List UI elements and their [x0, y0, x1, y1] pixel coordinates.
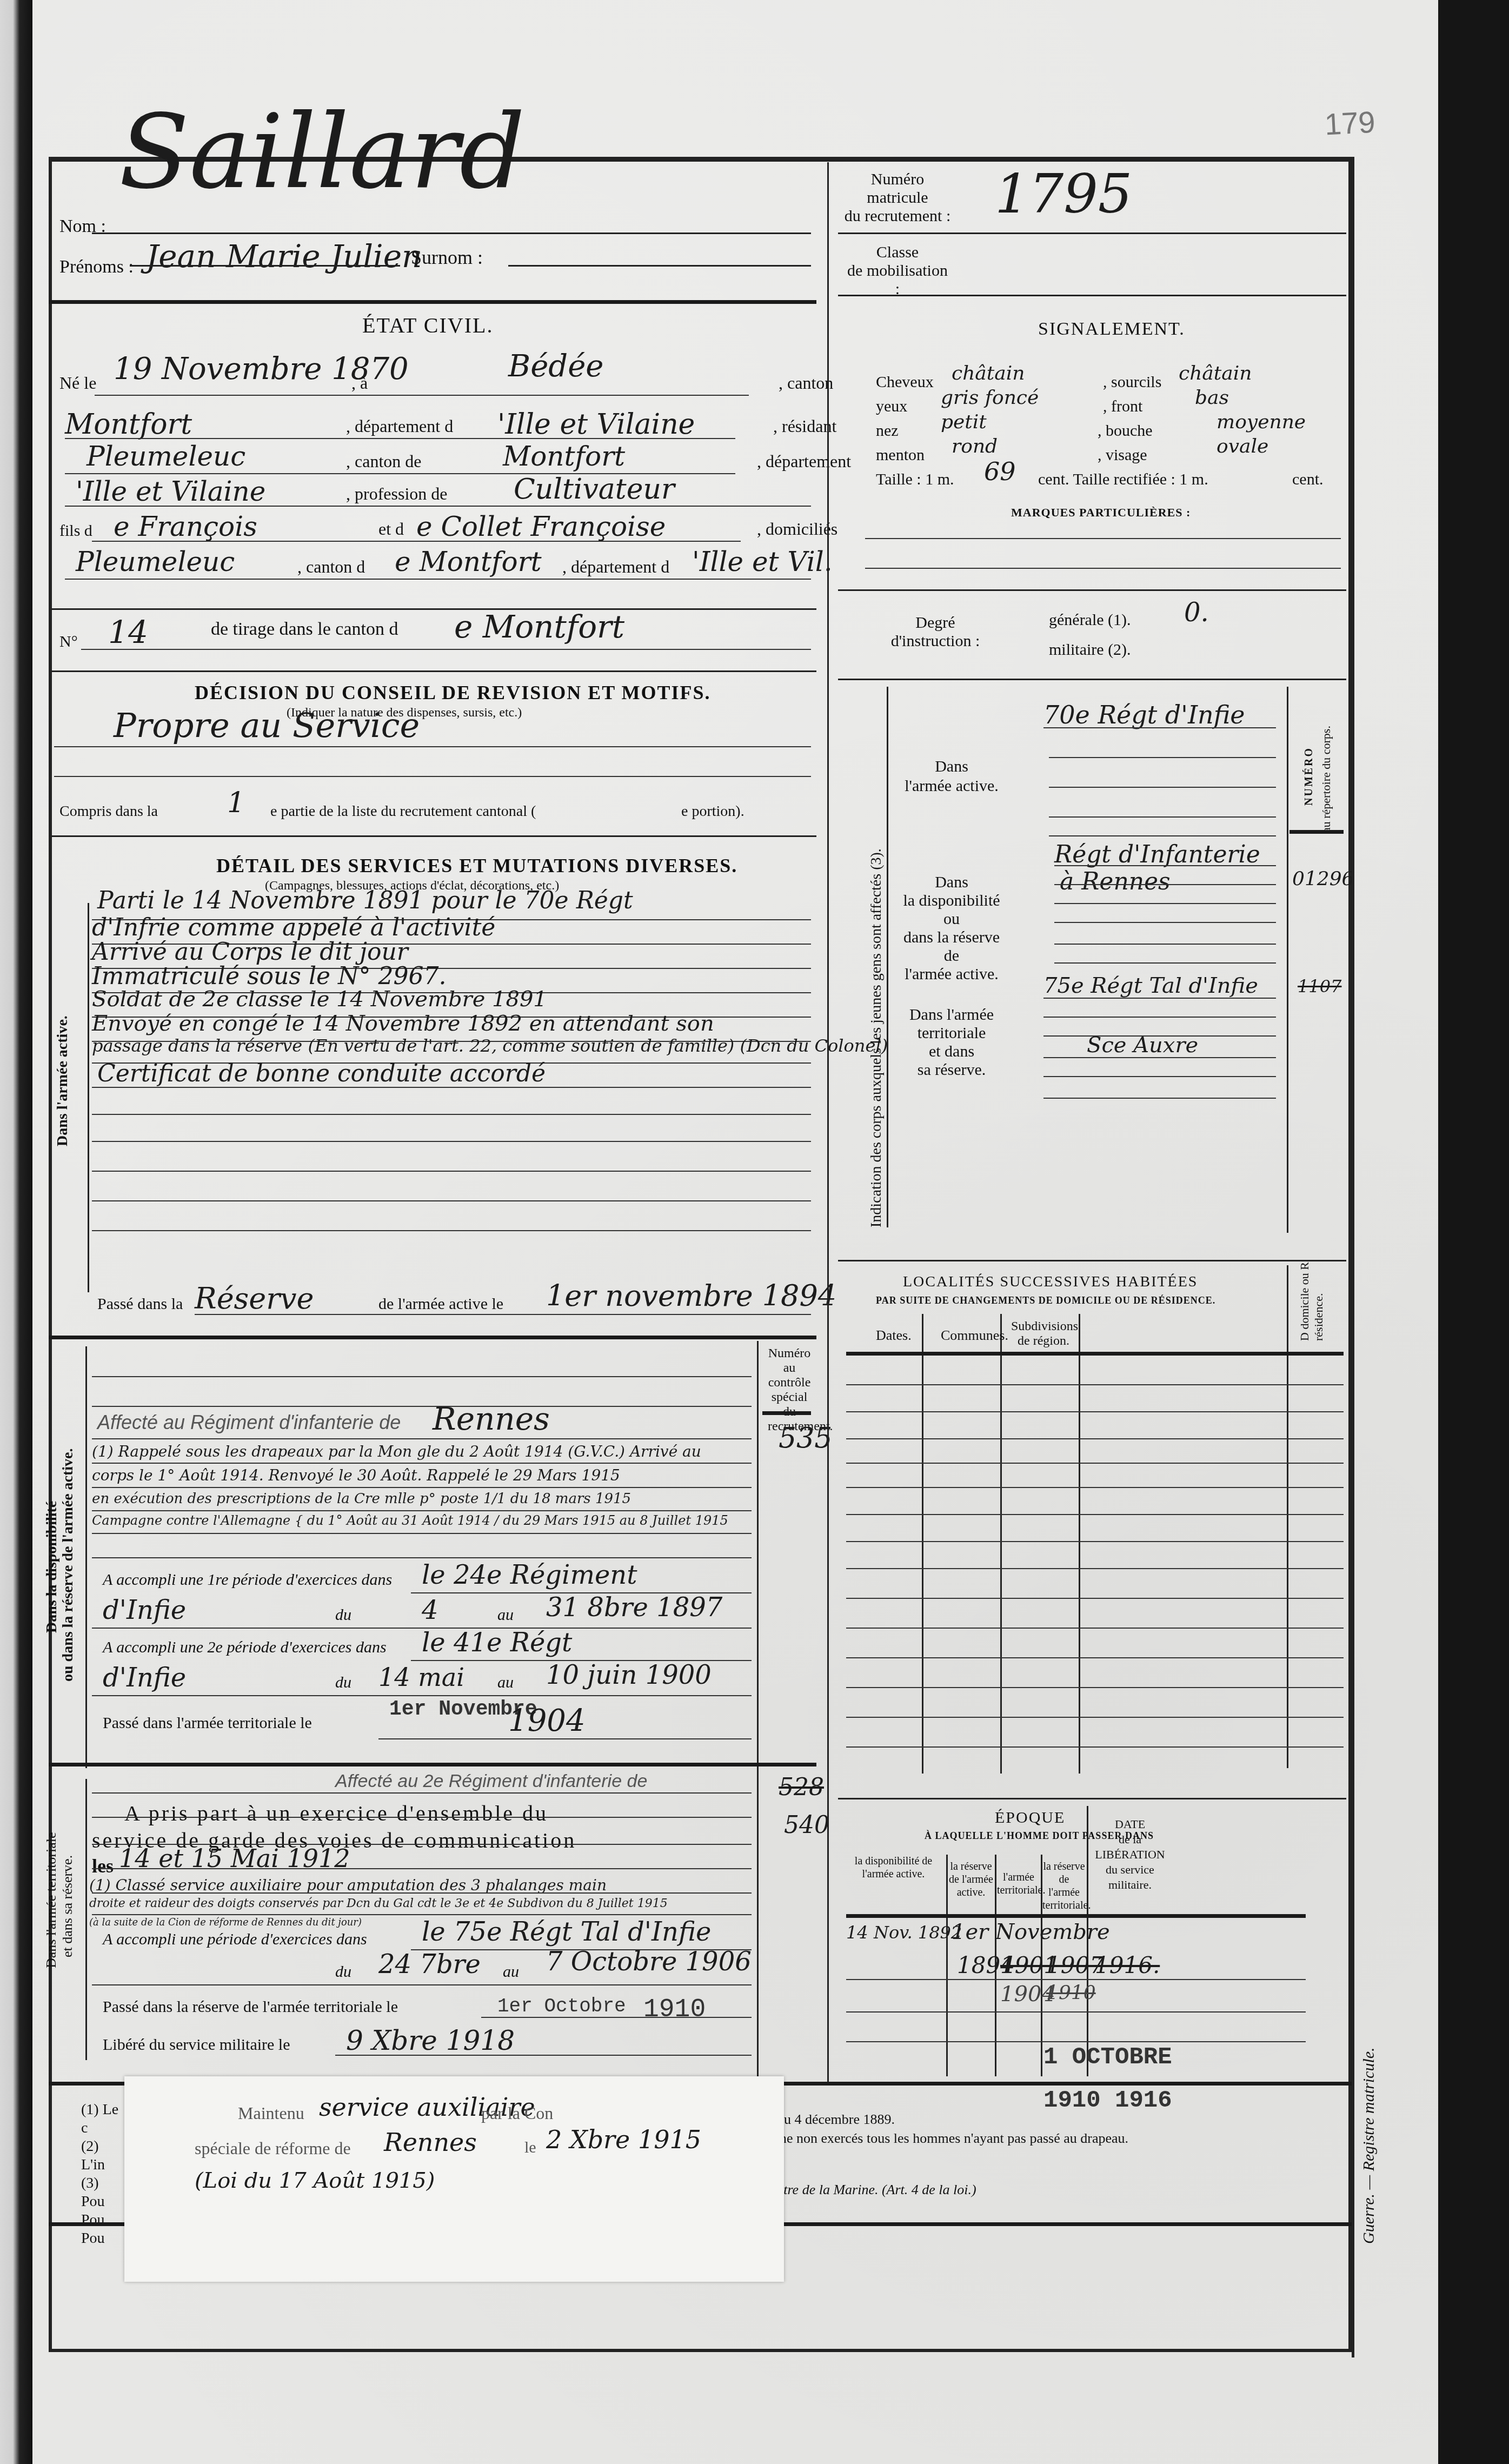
localites-subtitle: PAR SUITE DE CHANGEMENTS DE DOMICILE OU … — [876, 1295, 1215, 1306]
libere-rule — [335, 2055, 752, 2056]
terr-rule-4 — [1043, 1057, 1276, 1058]
territoriale-note-2: droite et raideur des doigts conservés p… — [89, 1897, 668, 1910]
localites-row-5 — [846, 1487, 1344, 1488]
corps-numero-rule — [1289, 830, 1344, 834]
periode1-du-label: du — [335, 1606, 351, 1624]
localites-row-1 — [846, 1384, 1344, 1385]
identity-divider — [49, 300, 816, 304]
periode2-du: 14 mai — [378, 1663, 464, 1692]
yeux-value: gris foncé — [941, 387, 1039, 409]
footnote-right-3: Ministre de la Marine. (Art. 4 de la loi… — [752, 2182, 976, 2198]
classe-label-2: de mobilisation : — [843, 262, 952, 298]
periode1-au: 31 8bre 1897 — [546, 1592, 722, 1623]
dispo-rule-1 — [1054, 865, 1276, 866]
service-rule-13 — [92, 1230, 811, 1231]
tirage-number: 14 — [108, 614, 148, 650]
reserve-bracket — [85, 1346, 87, 1768]
liberation-header-3: LIBÉRATION — [1092, 1847, 1168, 1862]
marques-rule-2 — [865, 568, 1341, 569]
localites-col-line-1 — [922, 1314, 923, 1774]
territoriale-bracket — [85, 1779, 87, 2060]
services-bracket — [88, 903, 89, 1292]
service-line-8: Certificat de bonne conduite accordé — [97, 1060, 546, 1087]
territoriale-dates-rule — [92, 1984, 752, 1985]
localites-col-line-4 — [1287, 1265, 1288, 1768]
exercice-dates-label: les — [92, 1855, 114, 1877]
localites-row-4 — [846, 1463, 1344, 1464]
line-tirage — [81, 649, 811, 650]
territoriale-rule-4 — [92, 1868, 752, 1869]
line-decision-1 — [54, 746, 811, 747]
localites-col-line-3 — [1079, 1314, 1080, 1774]
reserve-line-4: Campagne contre l'Allemagne { du 1° Août… — [92, 1513, 728, 1528]
service-rule-12 — [92, 1200, 811, 1201]
passe-label-2: de l'armée active le — [378, 1295, 503, 1313]
liberation-header-5: militaire. — [1092, 1877, 1168, 1892]
territoriale-label: Passé dans l'armée territoriale le — [103, 1714, 312, 1732]
controle-header-rule — [762, 1411, 811, 1415]
tirage-no-label: N° — [59, 633, 78, 651]
visage-value: ovale — [1216, 435, 1268, 457]
terr-corps-value-2: Sce Auxre — [1087, 1033, 1198, 1058]
domicilies-label: , domiciliés — [757, 519, 837, 539]
parents-dept: 'Ille et Vil. — [692, 546, 833, 577]
territoriale-controle-struck: 528 — [779, 1774, 824, 1801]
nez-value: petit — [941, 411, 987, 433]
bouche-label: , bouche — [1098, 422, 1153, 440]
passe-value: Réserve — [195, 1281, 314, 1316]
territoriale-rule-2 — [92, 1817, 752, 1818]
slip-le-label: le — [524, 2138, 536, 2157]
line-profession — [65, 506, 811, 507]
localites-row-6 — [846, 1514, 1344, 1515]
surnom-label: Surnom : — [411, 246, 483, 269]
reserve-rule-6 — [92, 1510, 752, 1511]
nez-label: nez — [876, 422, 899, 440]
slip-loi: (Loi du 17 Août 1915) — [195, 2168, 435, 2193]
classe-label: Classe de mobilisation : — [843, 243, 952, 298]
reserve-side-label-1: Dans la disponibilité — [43, 1501, 61, 1633]
territoriale-au: 7 Octobre 1906 — [546, 1947, 752, 1977]
sourcils-value: châtain — [1179, 362, 1252, 384]
terr-label-3: et dans — [898, 1042, 1006, 1061]
reserve-territoriale-year: 1910 — [643, 1995, 706, 2024]
localites-row-7 — [846, 1541, 1344, 1542]
dispo-rule-2 — [1054, 884, 1276, 885]
service-rule-8 — [92, 1087, 811, 1088]
reserve-rule-2 — [92, 1406, 752, 1407]
partie-value: 1 — [227, 787, 245, 819]
partie-text: e partie de la liste du recrutement cant… — [270, 803, 536, 820]
localites-col-communes: Communes. — [941, 1327, 1008, 1344]
liberation-header-4: du service — [1092, 1862, 1168, 1877]
reserve-territoriale-label: Passé dans la réserve de l'armée territo… — [103, 1998, 398, 2016]
active-label-1: Dans — [892, 757, 1011, 776]
reserve-line-3: en exécution des prescriptions de la Cre… — [92, 1491, 631, 1507]
father-name: e François — [114, 511, 257, 542]
epoque-col-dispo: la disponibilité de l'armée active. — [843, 1855, 943, 1881]
matricule-divider — [838, 233, 1346, 234]
epoque-col-reserve-territoriale: la réserve de l'armée territoriale. — [1042, 1860, 1086, 1912]
dispo-corps-number: 01296 — [1292, 868, 1354, 890]
exercice-line-1: A pris part à un exercice d'ensemble du — [124, 1801, 548, 1826]
territoriale-rule-5 — [92, 1892, 752, 1894]
reserve-rule-4 — [92, 1463, 752, 1464]
reserve-side-label-2: ou dans la réserve de l'armée active. — [59, 1448, 77, 1682]
periode2-du-label: du — [335, 1673, 351, 1692]
instruction-divider — [838, 679, 1346, 680]
active-rule-5 — [1049, 835, 1276, 836]
services-side-label: Dans l'armée active. — [54, 1015, 71, 1146]
territoriale-periode-corps: le 75e Régt Tal d'Infie — [422, 1917, 711, 1947]
reserve-rule-8 — [92, 1557, 752, 1558]
footnote-1: (1) Le c — [81, 2101, 124, 2137]
epoque-dispo-value: 14 Nov. 1892 — [846, 1922, 962, 1943]
epoque-col-territoriale: l'armée territoriale. — [997, 1871, 1040, 1897]
terr-label-2: territoriale — [898, 1024, 1006, 1042]
periode2-dates-rule — [92, 1695, 752, 1696]
mother-name: e Collet Françoise — [416, 511, 666, 542]
dispo-label: Dans la disponibilité ou dans la réserve… — [892, 873, 1011, 984]
line-passe — [195, 1314, 811, 1315]
prenoms-line — [130, 265, 400, 267]
tirage-divider — [49, 670, 816, 672]
territoriale-affecte: Affecté au 2e Régiment d'infanterie de — [335, 1771, 647, 1792]
prenoms-label: Prénoms : — [59, 257, 134, 277]
localites-row-9 — [846, 1598, 1344, 1599]
signalement-title: SIGNALEMENT. — [1038, 319, 1185, 340]
territoriale-side-label-1: Dans l'armée territoriale — [43, 1832, 59, 1968]
profession-value: Cultivateur — [514, 473, 675, 506]
localites-row-8 — [846, 1568, 1344, 1569]
liberation-header: DATE de la LIBÉRATION du service militai… — [1092, 1817, 1168, 1892]
reserve-divider — [49, 1763, 816, 1766]
service-line-7: passage dans la réserve (En vertu de l'a… — [92, 1035, 888, 1056]
active-rule-4 — [1049, 816, 1276, 818]
periode2-au: 10 juin 1900 — [546, 1660, 712, 1690]
folio-number: 179 — [1324, 104, 1376, 142]
degre-label: Degré d'instruction : — [881, 614, 989, 650]
numero-matricule-label-2: du recrutement : — [843, 207, 952, 225]
dispo-label-1: Dans — [892, 873, 1011, 892]
line-parents — [92, 541, 741, 542]
reserve-rule-7 — [92, 1533, 752, 1534]
localites-divider — [838, 1798, 1346, 1799]
localites-title: LOCALITÉS SUCCESSIVES HABITÉES — [903, 1273, 1198, 1291]
territoriale-year: 1904 — [508, 1703, 586, 1738]
passe-date: 1er novembre 1894 — [546, 1279, 836, 1313]
column-separator — [827, 162, 829, 2082]
localites-header-rule — [846, 1352, 1344, 1356]
prenoms-value: Jean Marie Julien — [146, 238, 422, 275]
localites-col-line-2 — [1000, 1314, 1002, 1774]
epoque-month-value: 1er Novembre — [952, 1920, 1110, 1944]
liberation-header-1: DATE — [1092, 1817, 1168, 1832]
territoriale-au-label: au — [503, 1963, 519, 1981]
periode1-label: A accompli une 1re période d'exercices d… — [103, 1571, 392, 1589]
territoriale-du-label: du — [335, 1963, 351, 1981]
residence-departement: 'Ille et Vilaine — [76, 476, 265, 507]
militaire-label: militaire (2). — [1049, 641, 1131, 659]
localites-row-2 — [846, 1411, 1344, 1412]
territoriale-note-1: (1) Classé service auxiliaire pour amput… — [89, 1876, 607, 1894]
terr-rule-5 — [1043, 1076, 1276, 1077]
territoriale-controle-line — [757, 1768, 759, 2082]
et-de-label: et d — [378, 519, 404, 539]
territoriale-note-3: (à la suite de la Cion de réforme de Ren… — [89, 1917, 362, 1928]
decision-divider — [49, 835, 816, 837]
reserve-territoriale-rule — [481, 2017, 752, 2018]
localites-row-10 — [846, 1628, 1344, 1629]
dispo-corps-value-1: Régt d'Infanterie — [1054, 841, 1260, 868]
parents-canton-label: , canton d — [297, 557, 365, 577]
affecte-city: Rennes — [433, 1400, 550, 1437]
canton-label: , canton — [779, 373, 833, 393]
footnote-right-2: comme non exercés tous les hommes n'ayan… — [752, 2130, 1128, 2147]
dispo-label-5: de — [892, 947, 1011, 965]
profession-label: , profession de — [346, 484, 448, 504]
visage-label: , visage — [1098, 446, 1147, 464]
service-rule-9 — [92, 1114, 811, 1115]
dispo-rule-5 — [1054, 944, 1276, 945]
dispo-label-4: dans la réserve — [892, 928, 1011, 947]
periode1-au-label: au — [497, 1606, 514, 1624]
line-ne — [95, 395, 749, 396]
territoriale-periode-label: A accompli une période d'exercices dans — [103, 1930, 367, 1949]
portion-text: e portion). — [681, 803, 744, 820]
service-line-3: Arrivé au Corps le dit jour — [92, 938, 408, 966]
liberation-header-2: de la — [1092, 1832, 1168, 1847]
corps-number-column-line — [1287, 687, 1288, 1233]
dispo-rule-4 — [1054, 922, 1276, 923]
terr-corps-value-1: 75e Régt Tal d'Infie — [1043, 973, 1258, 998]
birth-departement: 'Ille et Vilaine — [497, 408, 695, 441]
periode2-au-label: au — [497, 1673, 514, 1692]
nom-value: Saillard — [119, 92, 525, 211]
reserve-territoriale-stamp: 1er Octobre — [497, 1995, 626, 2017]
margin-imprint: Guerre. — Registre matricule. — [1360, 2047, 1378, 2244]
corps-side-label: Indication des corps auxquels les jeunes… — [868, 848, 885, 1227]
etat-civil-divider — [49, 608, 816, 610]
terr-corps-number: 1107 — [1298, 976, 1341, 997]
services-divider — [49, 1336, 816, 1339]
epoque-col-line-1 — [946, 1855, 948, 2076]
localites-row-12 — [846, 1687, 1344, 1688]
epoque-header-rule — [846, 1914, 1306, 1918]
numero-matricule-value: 1795 — [995, 162, 1133, 225]
territoriale-rule-1 — [92, 1792, 752, 1794]
epoque-title: ÉPOQUE — [995, 1809, 1065, 1827]
front-label: , front — [1103, 397, 1142, 416]
menton-label: menton — [876, 446, 925, 464]
passe-label: Passé dans la — [97, 1295, 183, 1313]
controle-header: Numéro au contrôle spécial du recrutemen… — [768, 1346, 811, 1434]
surnom-line — [508, 265, 811, 267]
libere-value: 9 Xbre 1918 — [346, 2025, 515, 2056]
dispo-label-2: la disponibilité — [892, 892, 1011, 910]
service-line-5: Soldat de 2e classe le 14 Novembre 1891 — [92, 987, 547, 1012]
epoque-row-rule-1 — [846, 1979, 1306, 1980]
cent-label: cent. — [1292, 470, 1323, 489]
line-parents-residence — [65, 579, 811, 580]
libere-label: Libéré du service militaire le — [103, 2036, 290, 2054]
terr-rule-6 — [1043, 1098, 1276, 1099]
service-rule-10 — [92, 1141, 811, 1142]
departement2-label: , département — [757, 451, 851, 471]
territoriale-side-label-2: et dans sa réserve. — [59, 1855, 76, 1957]
parents-dept-label: , département d — [562, 557, 669, 577]
terr-label: Dans l'armée territoriale et dans sa rés… — [898, 1006, 1006, 1079]
dispo-rule-6 — [1054, 962, 1276, 964]
active-rule-3 — [1049, 787, 1276, 788]
controle-header-1: Numéro — [768, 1346, 811, 1361]
periode2-corps-2: d'Infie — [103, 1663, 186, 1693]
dispo-label-3: ou — [892, 910, 1011, 928]
epoque-stamp-line-1: 1 OCTOBRE — [1043, 2044, 1172, 2071]
slip-rennes: Rennes — [384, 2128, 477, 2157]
terr-label-4: sa réserve. — [898, 1061, 1006, 1079]
epoque-stamp-line-2: 1910 1916 — [1043, 2087, 1172, 2114]
terr-rule-1 — [1043, 998, 1276, 999]
services-title: DÉTAIL DES SERVICES ET MUTATIONS DIVERSE… — [216, 854, 737, 877]
compris-label: Compris dans la — [59, 803, 158, 820]
canton-de-label: , canton de — [346, 451, 422, 471]
epoque-liberation-value: 1916. — [1095, 1952, 1160, 1978]
controle-column-line — [757, 1341, 759, 1790]
controle-value: 535 — [779, 1422, 832, 1455]
parents-canton: e Montfort — [395, 546, 542, 577]
active-rule-1 — [1043, 727, 1276, 728]
active-corps-value: 70e Régt d'Infie — [1043, 700, 1245, 729]
periode1-du: 4 — [422, 1595, 438, 1625]
degre-label-2: d'instruction : — [881, 632, 989, 650]
marques-rule-1 — [865, 538, 1341, 539]
footnote-5: Pou — [81, 2229, 124, 2248]
residence-value: Pleumeleuc — [87, 441, 245, 472]
territoriale-rule-6 — [92, 1914, 752, 1915]
line-canton — [65, 438, 735, 439]
localites-row-13 — [846, 1717, 1344, 1718]
taille-rectifiee-label: cent. Taille rectifiée : 1 m. — [1038, 470, 1208, 489]
reserve-rule-1 — [92, 1376, 752, 1377]
reserve-line-1: (1) Rappelé sous les drapeaux par la Mon… — [92, 1443, 701, 1460]
generale-label: générale (1). — [1049, 611, 1131, 629]
numero-matricule-label: Numéro matricule du recrutement : — [843, 170, 952, 225]
slip-maintenu-label: Maintenu — [238, 2103, 304, 2123]
decision-value: Propre au Service — [114, 706, 420, 745]
footnote-3: (3) Pou — [81, 2174, 124, 2211]
parents-residence: Pleumeleuc — [76, 546, 235, 577]
line-decision-2 — [54, 776, 811, 777]
cheveux-value: châtain — [952, 362, 1025, 384]
dispo-rule-3 — [1054, 903, 1276, 904]
sourcils-label: , sourcils — [1103, 373, 1161, 391]
slip-par-la-label: par la Con — [481, 2103, 553, 2123]
epoque-row-rule-3 — [846, 2041, 1306, 2042]
affecte-line: Affecté au Régiment d'infanterie de — [97, 1411, 401, 1434]
territoriale-rule — [378, 1738, 752, 1739]
front-value: bas — [1195, 387, 1229, 409]
territoriale-controle-value: 540 — [784, 1811, 829, 1839]
classe-label-1: Classe — [843, 243, 952, 262]
nom-line — [92, 233, 811, 234]
territoriale-du: 24 7bre — [378, 1949, 481, 1980]
classe-divider — [838, 295, 1346, 296]
pasted-correction-slip: Maintenu service auxiliaire par la Con s… — [124, 2076, 784, 2282]
register-page: 179 Saillard Nom : Prénoms : Jean Marie … — [32, 0, 1438, 2464]
etat-civil-title: ÉTAT CIVIL. — [362, 313, 493, 338]
degre-label-1: Degré — [881, 614, 989, 632]
localites-col-subdivisions: Subdivisions de région. — [1011, 1319, 1076, 1349]
ne-le-label: Né le — [59, 373, 96, 393]
birth-canton: Montfort — [65, 408, 192, 441]
tirage-label: de tirage dans le canton d — [211, 619, 398, 640]
controle-header-2: au contrôle — [768, 1361, 811, 1390]
periode2-label: A accompli une 2e période d'exercices da… — [103, 1638, 387, 1657]
numero-matricule-label-1: Numéro matricule — [843, 170, 952, 207]
a-label: , à — [351, 373, 368, 393]
localites-row-11 — [846, 1657, 1344, 1658]
reserve-line-2: corps le 1° Août 1914. Renvoyé le 30 Aoû… — [92, 1466, 620, 1484]
yeux-label: yeux — [876, 397, 907, 416]
bouche-value: moyenne — [1216, 411, 1306, 433]
localites-row-3 — [846, 1438, 1344, 1439]
signalement-divider — [838, 589, 1346, 591]
cheveux-label: Cheveux — [876, 373, 934, 391]
active-label-2: l'armée active. — [892, 776, 1011, 796]
periode1-corps-2: d'Infie — [103, 1595, 186, 1625]
taille-label: Taille : 1 m. — [876, 470, 954, 489]
taille-value: 69 — [984, 457, 1016, 486]
fils-label: fils d — [59, 522, 92, 540]
menton-value: rond — [952, 435, 998, 457]
marques-title: MARQUES PARTICULIÈRES : — [1011, 506, 1191, 520]
corps-numero-label-2: au répertoire du corps. — [1319, 726, 1333, 833]
corps-numero-label-1: NUMÉRO — [1303, 747, 1315, 806]
decision-title: DÉCISION DU CONSEIL DE REVISION ET MOTIF… — [195, 681, 711, 704]
service-line-1: Parti le 14 Novembre 1891 pour le 70e Ré… — [97, 887, 633, 914]
service-line-4: Immatriculé sous le N° 2967. — [92, 962, 446, 990]
epoque-col-reserve-active: la réserve de l'armée active. — [949, 1860, 993, 1899]
service-line-6: Envoyé en congé le 14 Novembre 1892 en a… — [92, 1011, 714, 1036]
periode2-corps: le 41e Régt — [422, 1628, 572, 1658]
slip-date: 2 Xbre 1915 — [546, 2125, 701, 2154]
service-line-2: d'Infrie comme appelé à l'activité — [92, 914, 495, 941]
service-rule-11 — [92, 1171, 811, 1172]
corps-divider — [838, 1260, 1346, 1261]
epoque-row-rule-2 — [846, 2011, 1306, 2013]
reserve-rule-3 — [92, 1438, 752, 1439]
dispo-corps-value-2: à Rennes — [1060, 868, 1171, 895]
slip-reforme-label: spéciale de réforme de — [195, 2138, 351, 2159]
footnote-2: (2) L'in — [81, 2137, 124, 2174]
localites-row-14 — [846, 1746, 1344, 1748]
tirage-canton: e Montfort — [454, 608, 624, 645]
outer-frame-right — [1352, 157, 1354, 2357]
localites-col-dates: Dates. — [876, 1327, 912, 1344]
birth-place: Bédée — [508, 349, 603, 384]
active-label: Dans l'armée active. — [892, 757, 1011, 796]
scan-background-edge — [1438, 0, 1509, 2464]
localites-side-column: D domicile ou R résidence. — [1298, 1260, 1326, 1341]
generale-value: 0. — [1184, 597, 1209, 628]
periode1-corps: le 24e Régiment — [422, 1560, 637, 1590]
epoque-reserve-territoriale-correction: 1910 — [1046, 1982, 1096, 2004]
terr-label-1: Dans l'armée — [898, 1006, 1006, 1024]
footnote-4: Pou — [81, 2211, 124, 2229]
active-rule-2 — [1049, 757, 1276, 758]
terr-rule-2 — [1043, 1017, 1276, 1018]
